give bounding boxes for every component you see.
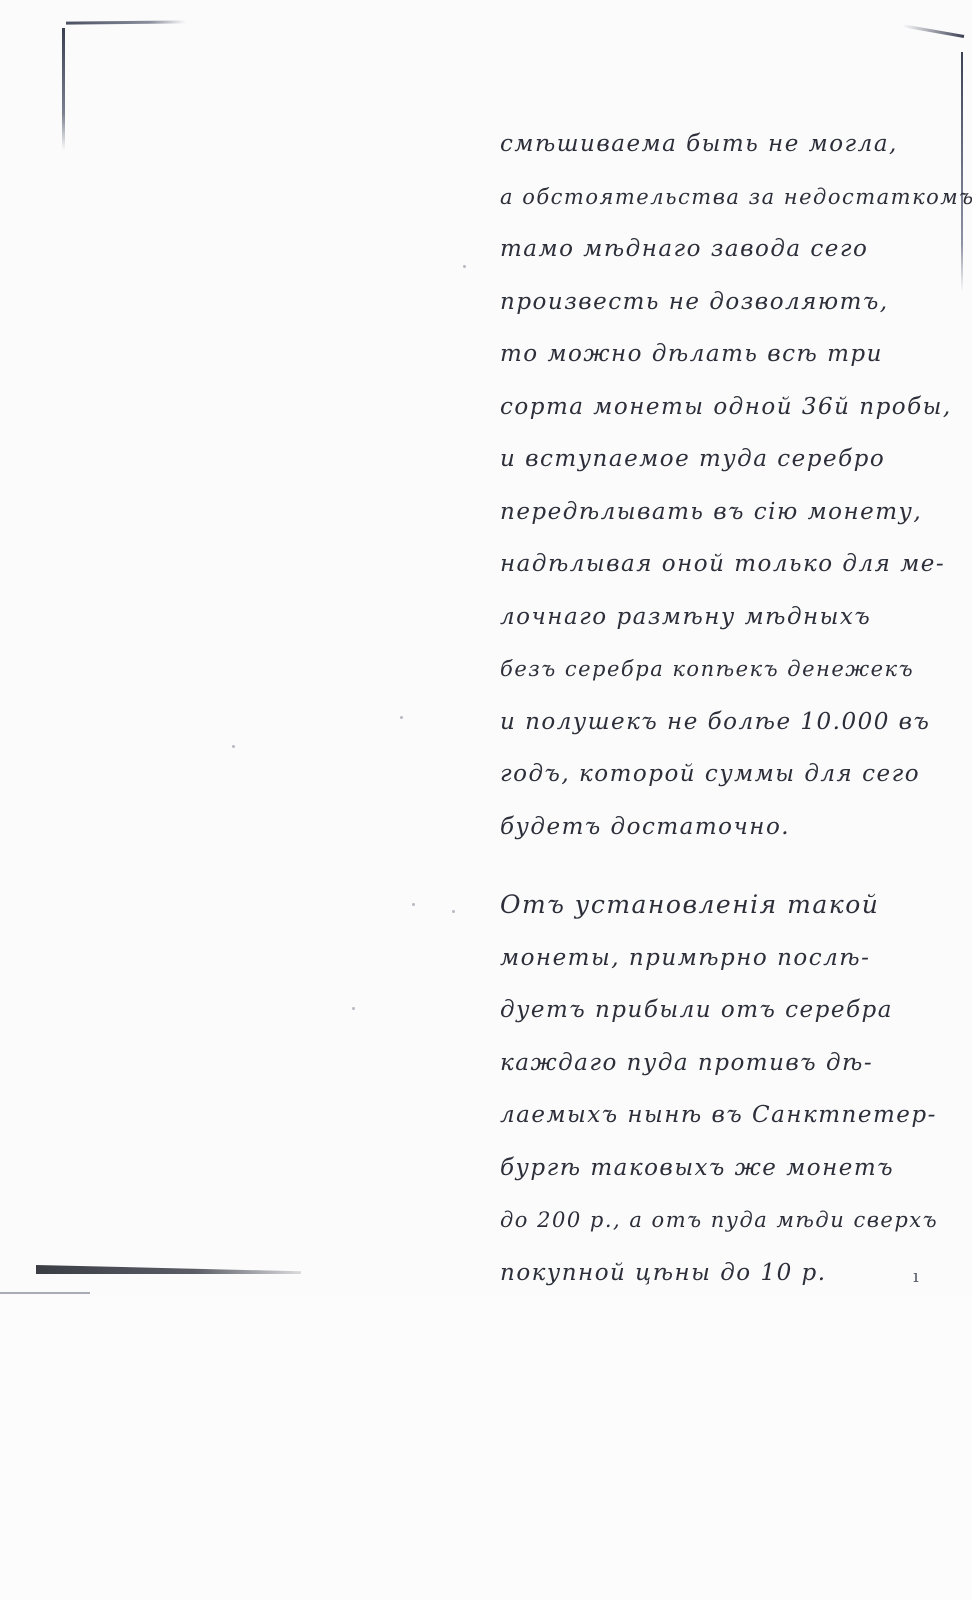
text-line: сорта монеты одной 36й пробы, (500, 381, 940, 434)
text-line: монеты, примѣрно послѣ- (500, 932, 940, 985)
text-line: и полушекъ не болѣе 10.000 въ (500, 696, 940, 749)
paper-speck (232, 745, 235, 748)
paragraph-2: Отъ установленія такой монеты, примѣрно … (500, 879, 940, 1299)
text-line: а обстоятельства за недостаткомъ (500, 171, 940, 224)
paragraph-gap (500, 853, 940, 879)
paper-speck (352, 1007, 355, 1010)
sheet-edge-left (62, 28, 65, 150)
manuscript-page: смѣшиваема быть не могла, а обстоятельст… (0, 0, 972, 1600)
paper-speck (400, 716, 403, 719)
text-line: лочнаго размѣну мѣдныхъ (500, 591, 940, 644)
margin-mark: ı (913, 1266, 919, 1287)
text-line: смѣшиваема быть не могла, (500, 118, 940, 171)
text-line: годъ, которой суммы для сего (500, 748, 940, 801)
paper-speck (452, 910, 455, 913)
text-line: произвесть не дозволяютъ, (500, 276, 940, 329)
paper-speck (463, 265, 466, 268)
text-line: дуетъ прибыли отъ серебра (500, 984, 940, 1037)
text-line: передѣлывать въ сію монету, (500, 486, 940, 539)
handwritten-text-column: смѣшиваема быть не могла, а обстоятельст… (500, 118, 940, 1299)
text-line: бургѣ таковыхъ же монетъ (500, 1142, 940, 1195)
text-line: безъ серебра копѣекъ денежекъ (500, 643, 940, 696)
paper-speck (412, 903, 415, 906)
sheet-edge-bottom-shadow (36, 1265, 301, 1274)
text-line: и вступаемое туда серебро (500, 433, 940, 486)
text-line: лаемыхъ нынѣ въ Санктпетер- (500, 1089, 940, 1142)
sheet-edge-right (961, 52, 963, 292)
text-line: будетъ достаточно. (500, 801, 940, 854)
sheet-edge-top (66, 20, 186, 24)
text-line: каждаго пуда противъ дѣ- (500, 1037, 940, 1090)
paragraph-1: смѣшиваема быть не могла, а обстоятельст… (500, 118, 940, 853)
text-line: тамо мѣднаго завода сего (500, 223, 940, 276)
sheet-edge-corner-right (903, 24, 965, 38)
text-line: покупной цѣны до 10 р. (500, 1247, 940, 1300)
text-line: то можно дѣлать всѣ три (500, 328, 940, 381)
text-line: надѣлывая оной только для ме- (500, 538, 940, 591)
sheet-edge-bottom (0, 1292, 90, 1294)
text-line: до 200 р., а отъ пуда мѣди сверхъ (500, 1194, 940, 1247)
text-line: Отъ установленія такой (500, 879, 940, 932)
scanned-sheet: смѣшиваема быть не могла, а обстоятельст… (0, 0, 972, 1295)
